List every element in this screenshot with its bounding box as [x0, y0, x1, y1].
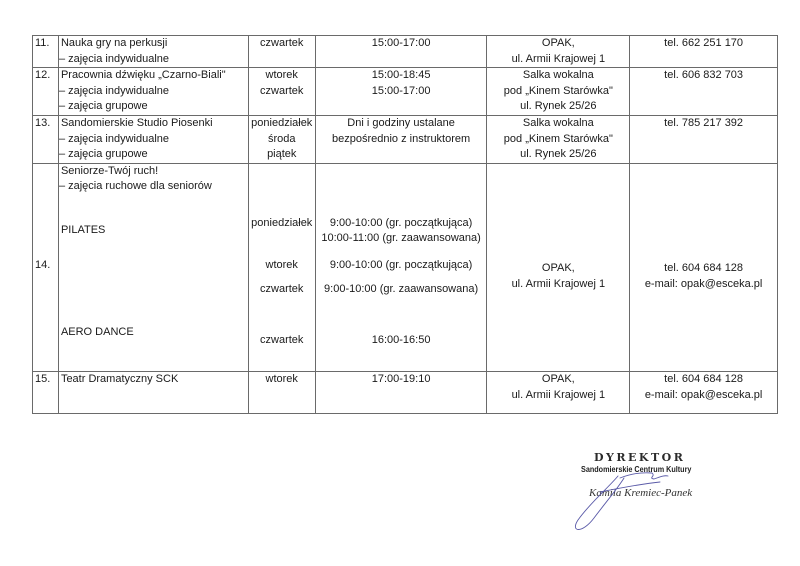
time: 15:00-17:00 — [318, 84, 485, 100]
time-cell: 9:00-10:00 (gr. początkująca) 10:00-11:0… — [315, 164, 487, 372]
activity-name: Sandomierskie Studio Piosenki — [61, 116, 246, 132]
activity-aero-dance: AERO DANCE — [61, 325, 134, 341]
activity-subtype: zajęcia indywidualne — [59, 52, 246, 68]
row-number: 11. — [33, 36, 59, 68]
place-cell: OPAK, ul. Armii Krajowej 1 — [487, 372, 630, 414]
place-line: ul. Rynek 25/26 — [489, 147, 627, 163]
time: 9:00-10:00 (gr. początkująca) — [318, 258, 485, 274]
activity-pilates: PILATES — [61, 223, 105, 239]
place-line: OPAK, — [489, 261, 627, 277]
contact-cell: tel. 604 684 128 e-mail: opak@esceka.pl — [630, 372, 778, 414]
document-page: 11. Nauka gry na perkusji zajęcia indywi… — [0, 0, 800, 566]
activity-subtype: zajęcia indywidualne — [59, 84, 246, 100]
activity-subtype: zajęcia grupowe — [59, 99, 246, 115]
place-cell: OPAK, ul. Armii Krajowej 1 — [487, 36, 630, 68]
table-row: 14. Seniorze-Twój ruch! zajęcia ruchowe … — [33, 164, 778, 372]
time-cell: 17:00-19:10 — [315, 372, 487, 414]
day: piątek — [251, 147, 313, 163]
place-line: Salka wokalna — [489, 68, 627, 84]
email: e-mail: opak@esceka.pl — [632, 277, 775, 293]
time: bezpośrednio z instruktorem — [318, 132, 485, 148]
activity-name: Seniorze-Twój ruch! — [61, 164, 158, 180]
table-row: 13. Sandomierskie Studio Piosenki zajęci… — [33, 116, 778, 164]
activity-name-cell: Nauka gry na perkusji zajęcia indywidual… — [58, 36, 248, 68]
time: 15:00-18:45 — [318, 68, 485, 84]
activities-schedule-table: 11. Nauka gry na perkusji zajęcia indywi… — [32, 35, 778, 414]
place-line: OPAK, — [489, 372, 627, 388]
time: 15:00-17:00 — [318, 36, 485, 52]
director-signature-stamp: DYREKTOR Sandomierskie Centrum Kultury K… — [560, 448, 740, 538]
day: czwartek — [251, 333, 313, 349]
contact-cell: tel. 785 217 392 — [630, 116, 778, 164]
place-line: pod „Kinem Starówka" — [489, 132, 627, 148]
place-cell: Salka wokalna pod „Kinem Starówka" ul. R… — [487, 68, 630, 116]
activity-name: Teatr Dramatyczny SCK — [61, 372, 246, 388]
contact-cell: tel. 606 832 703 — [630, 68, 778, 116]
phone: tel. 662 251 170 — [632, 36, 775, 52]
day: wtorek — [251, 372, 313, 388]
table-row: 11. Nauka gry na perkusji zajęcia indywi… — [33, 36, 778, 68]
day-cell: wtorek — [248, 372, 315, 414]
time-cell: 15:00-17:00 — [315, 36, 487, 68]
activity-name-cell: Seniorze-Twój ruch! zajęcia ruchowe dla … — [58, 164, 248, 372]
place-line: ul. Armii Krajowej 1 — [489, 52, 627, 68]
time-cell: 15:00-18:45 15:00-17:00 — [315, 68, 487, 116]
day: czwartek — [251, 36, 313, 52]
email: e-mail: opak@esceka.pl — [632, 388, 775, 404]
handwritten-signature-icon — [560, 448, 740, 538]
time: 10:00-11:00 (gr. zaawansowana) — [318, 231, 485, 247]
phone: tel. 785 217 392 — [632, 116, 775, 132]
place-line: ul. Armii Krajowej 1 — [489, 388, 627, 404]
table-row: 12. Pracownia dźwięku „Czarno-Biali" zaj… — [33, 68, 778, 116]
place-line: pod „Kinem Starówka" — [489, 84, 627, 100]
contact-cell: tel. 604 684 128 e-mail: opak@esceka.pl — [630, 164, 778, 372]
day-cell: poniedziałek wtorek czwartek czwartek — [248, 164, 315, 372]
activity-name: Pracownia dźwięku „Czarno-Biali" — [61, 68, 246, 84]
place-cell: Salka wokalna pod „Kinem Starówka" ul. R… — [487, 116, 630, 164]
activity-name-cell: Pracownia dźwięku „Czarno-Biali" zajęcia… — [58, 68, 248, 116]
place-line: Salka wokalna — [489, 116, 627, 132]
phone: tel. 606 832 703 — [632, 68, 775, 84]
place-cell: OPAK, ul. Armii Krajowej 1 — [487, 164, 630, 372]
day: czwartek — [251, 84, 313, 100]
place-line: ul. Rynek 25/26 — [489, 99, 627, 115]
time: 9:00-10:00 (gr. zaawansowana) — [318, 282, 485, 298]
day-cell: wtorek czwartek — [248, 68, 315, 116]
activity-name: Nauka gry na perkusji — [61, 36, 246, 52]
day: wtorek — [251, 258, 313, 274]
activity-subtype: zajęcia indywidualne — [59, 132, 246, 148]
row-number: 15. — [33, 372, 59, 414]
phone: tel. 604 684 128 — [632, 261, 775, 277]
day: czwartek — [251, 282, 313, 298]
table-row: 15. Teatr Dramatyczny SCK wtorek 17:00-1… — [33, 372, 778, 414]
activity-subtype: zajęcia grupowe — [59, 147, 246, 163]
time-cell: Dni i godziny ustalane bezpośrednio z in… — [315, 116, 487, 164]
day-cell: poniedziałek środa piątek — [248, 116, 315, 164]
activity-name-cell: Teatr Dramatyczny SCK — [58, 372, 248, 414]
contact-cell: tel. 662 251 170 — [630, 36, 778, 68]
time: 17:00-19:10 — [318, 372, 485, 388]
row-number-cell: 14. — [33, 164, 59, 372]
phone: tel. 604 684 128 — [632, 372, 775, 388]
day: poniedziałek — [251, 116, 313, 132]
place-line: OPAK, — [489, 36, 627, 52]
time: 9:00-10:00 (gr. początkująca) — [318, 216, 485, 232]
day: wtorek — [251, 68, 313, 84]
day-cell: czwartek — [248, 36, 315, 68]
day: środa — [251, 132, 313, 148]
time: 16:00-16:50 — [318, 333, 485, 349]
activity-name-cell: Sandomierskie Studio Piosenki zajęcia in… — [58, 116, 248, 164]
place-line: ul. Armii Krajowej 1 — [489, 277, 627, 293]
activity-subtype: zajęcia ruchowe dla seniorów — [59, 179, 212, 195]
row-number: 13. — [33, 116, 59, 164]
row-number: 12. — [33, 68, 59, 116]
day: poniedziałek — [251, 216, 313, 232]
time: Dni i godziny ustalane — [318, 116, 485, 132]
row-number: 14. — [35, 258, 50, 274]
